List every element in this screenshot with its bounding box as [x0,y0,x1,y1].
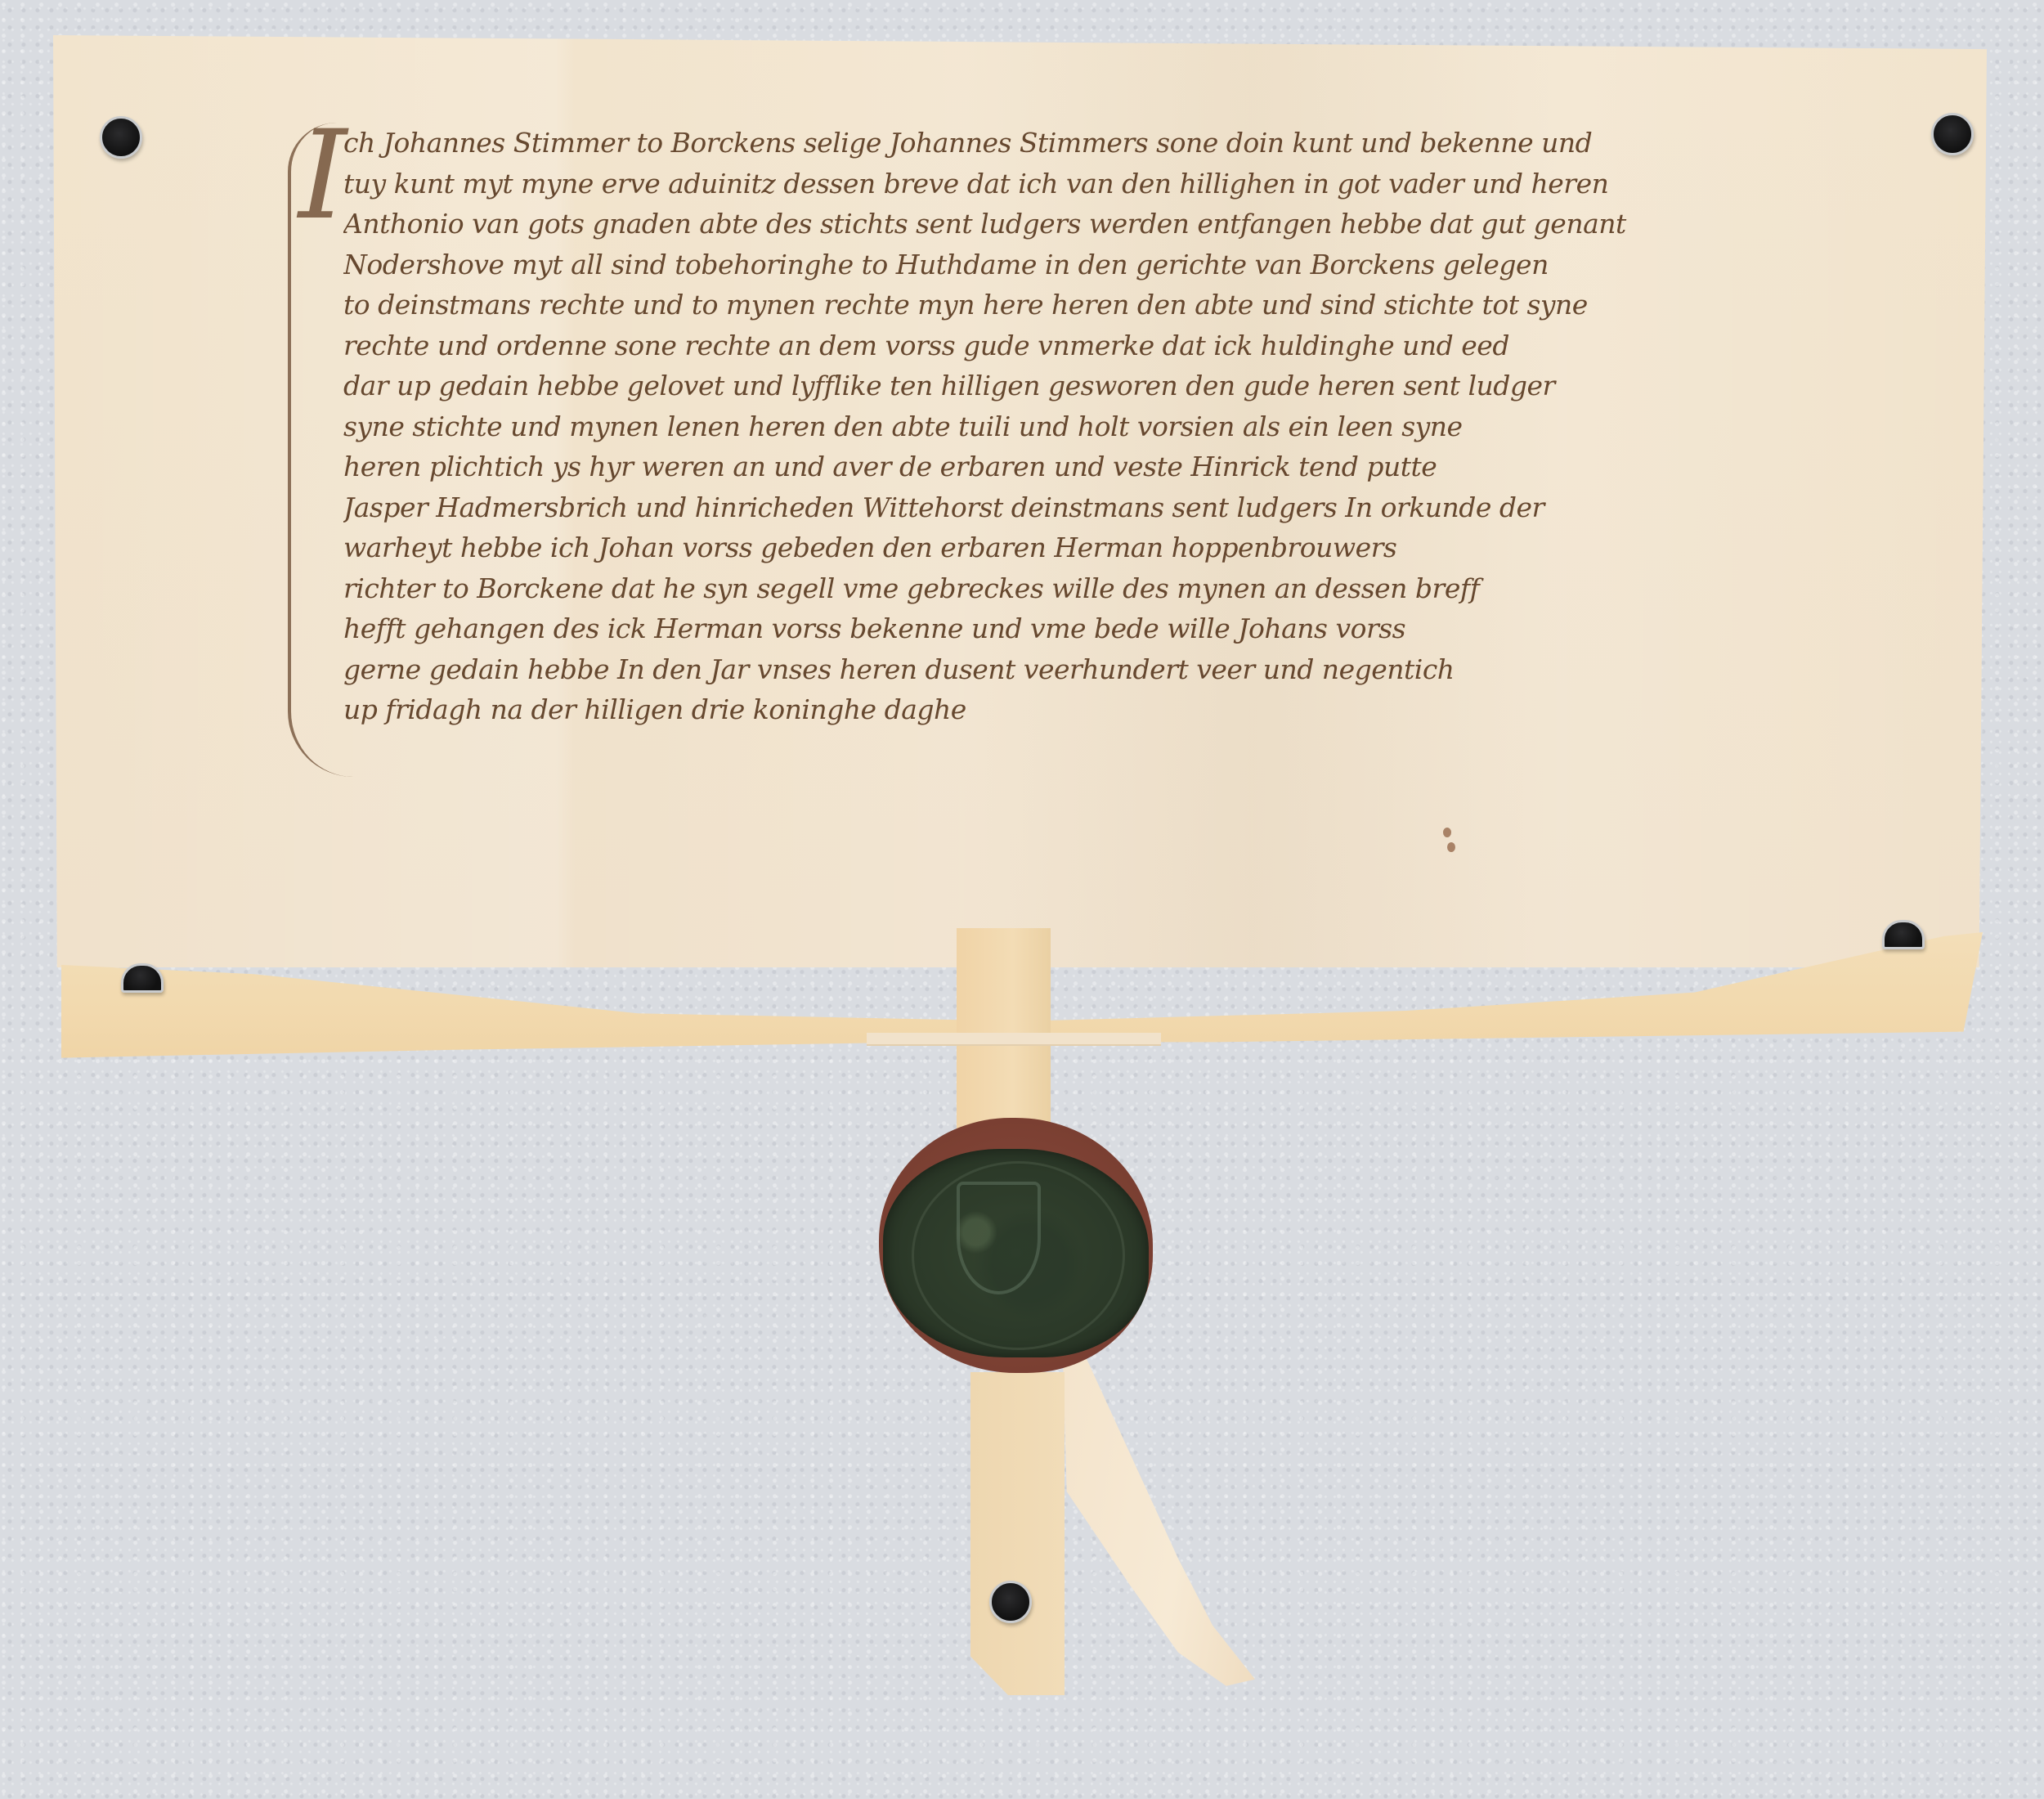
charter-text: ch Johannes Stimmer to Borckens selige J… [343,123,1921,730]
tag-tail-left [970,1372,1065,1695]
parchment-bottom-edge [867,1033,1161,1046]
text-line: Nodershove myt all sind tobehoringhe to … [343,245,1921,285]
text-line: heren plichtich ys hyr weren an und aver… [343,446,1921,487]
text-line: ch Johannes Stimmer to Borckens selige J… [343,123,1921,164]
decorated-initial: I [298,114,347,237]
text-line: dar up gedain hebbe gelovet und lyfflike… [343,366,1921,406]
text-line: up fridagh na der hilligen drie koninghe… [343,689,1921,730]
magnet-bottom-left-icon [121,963,164,993]
text-line: syne stichte und mynen lenen heren den a… [343,406,1921,447]
text-line: warheyt hebbe ich Johan vorss gebeden de… [343,527,1921,568]
text-line: richter to Borckene dat he syn segell vm… [343,568,1921,609]
text-line: to deinstmans rechte und to mynen rechte… [343,285,1921,325]
magnet-tag-icon [989,1581,1032,1623]
text-line: Jasper Hadmersbrich und hinricheden Witt… [343,487,1921,528]
text-line: tuy kunt myt myne erve aduinitz dessen b… [343,164,1921,204]
magnet-bottom-right-icon [1882,920,1925,949]
shield-icon [957,1182,1041,1294]
tag-tail-right [1063,1357,1255,1693]
magnet-top-left-icon [100,116,142,159]
seal-tag [957,928,1051,1133]
text-line: hefft gehangen des ick Herman vorss beke… [343,608,1921,649]
text-line: gerne gedain hebbe In den Jar vnses here… [343,649,1921,690]
magnet-top-right-icon [1931,113,1974,155]
text-line: Anthonio van gots gnaden abte des sticht… [343,204,1921,245]
ink-stain [1447,842,1455,852]
ink-stain [1443,828,1451,837]
text-line: rechte und ordenne sone rechte an dem vo… [343,325,1921,366]
